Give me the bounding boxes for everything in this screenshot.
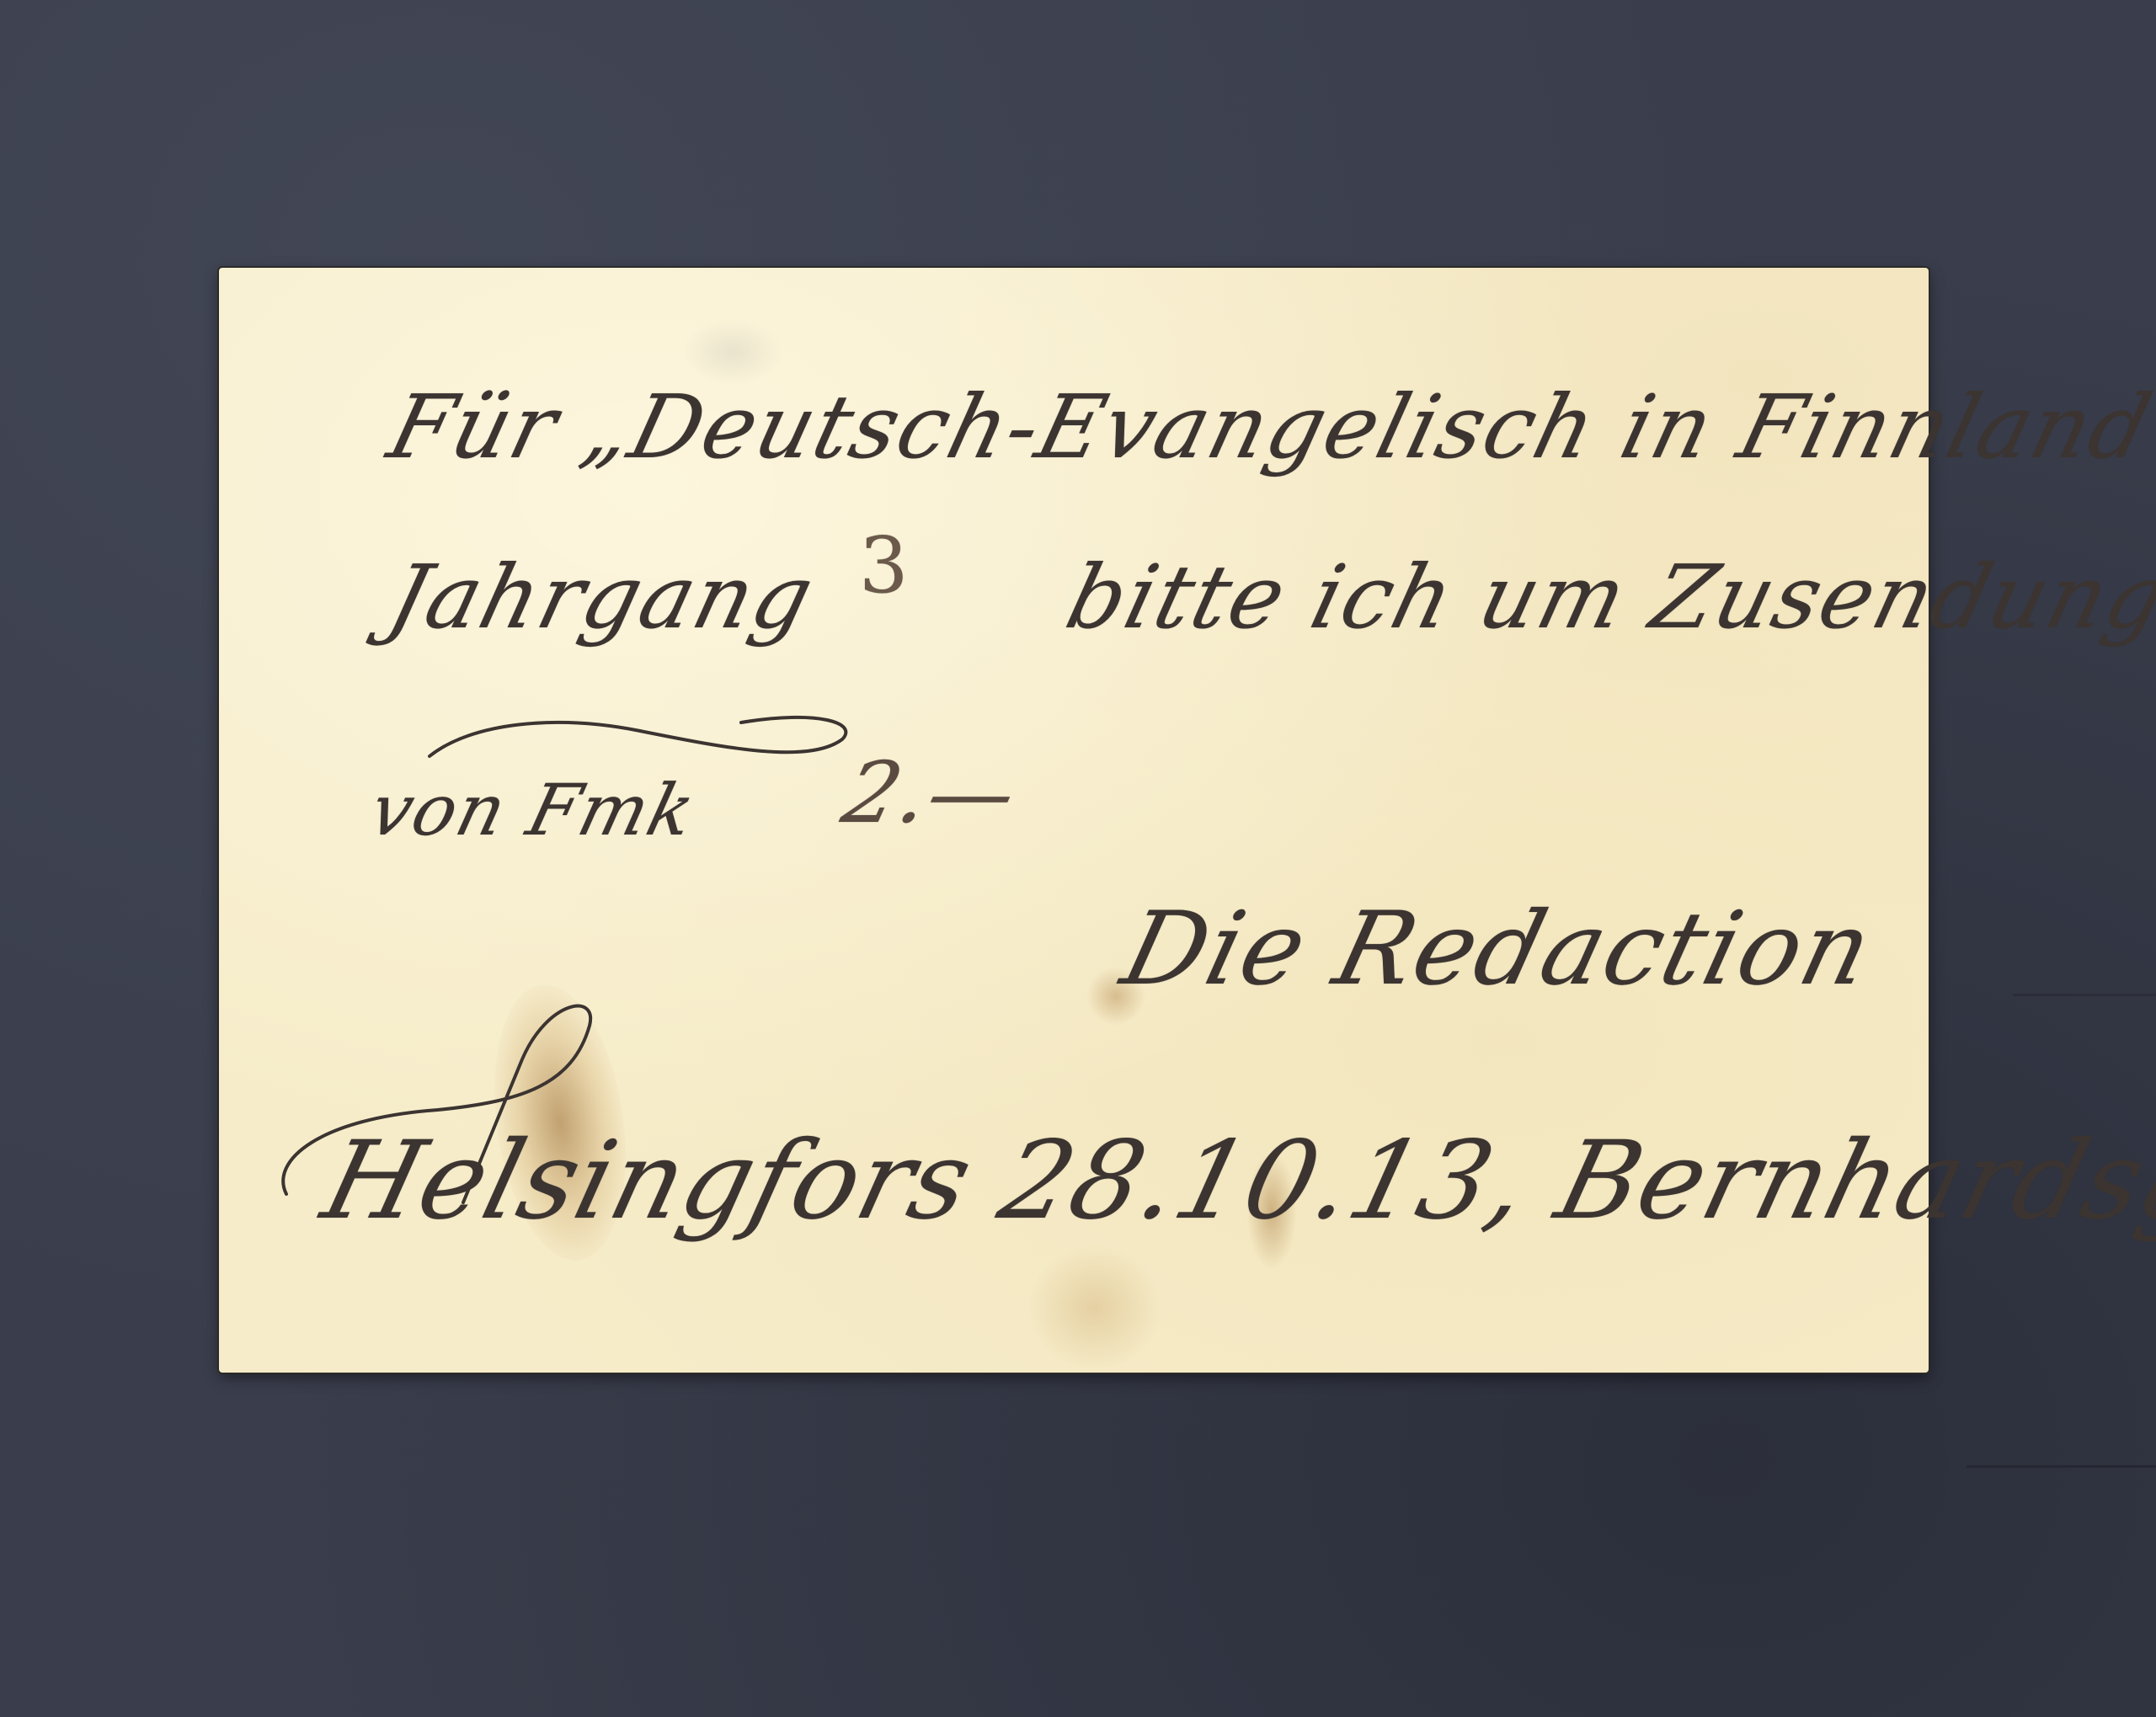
handwritten-line-volume-label: Jahrgang [379, 546, 825, 648]
handwritten-line-currency: von Fmk [362, 769, 704, 851]
handwritten-amount: 2.— [834, 744, 1028, 842]
age-stain [1027, 1245, 1162, 1371]
handwritten-line-request: bitte ich um Zusendung [1057, 546, 2156, 648]
postcard: Für „Deutsch-Evangelisch in Finnland“ Ja… [219, 268, 1929, 1373]
handwritten-line-publication: Für „Deutsch-Evangelisch in Finnland“ [379, 376, 2156, 478]
handwritten-volume-number: 3 [859, 520, 910, 611]
handwritten-place-date-address: Helsingfors 28.10.13, Bernhardsg. 4 [312, 1118, 2156, 1244]
background-scratch [1967, 1465, 2156, 1468]
background-scratch [2013, 994, 2156, 996]
handwritten-signature: Die Redaction [1112, 891, 1884, 1008]
